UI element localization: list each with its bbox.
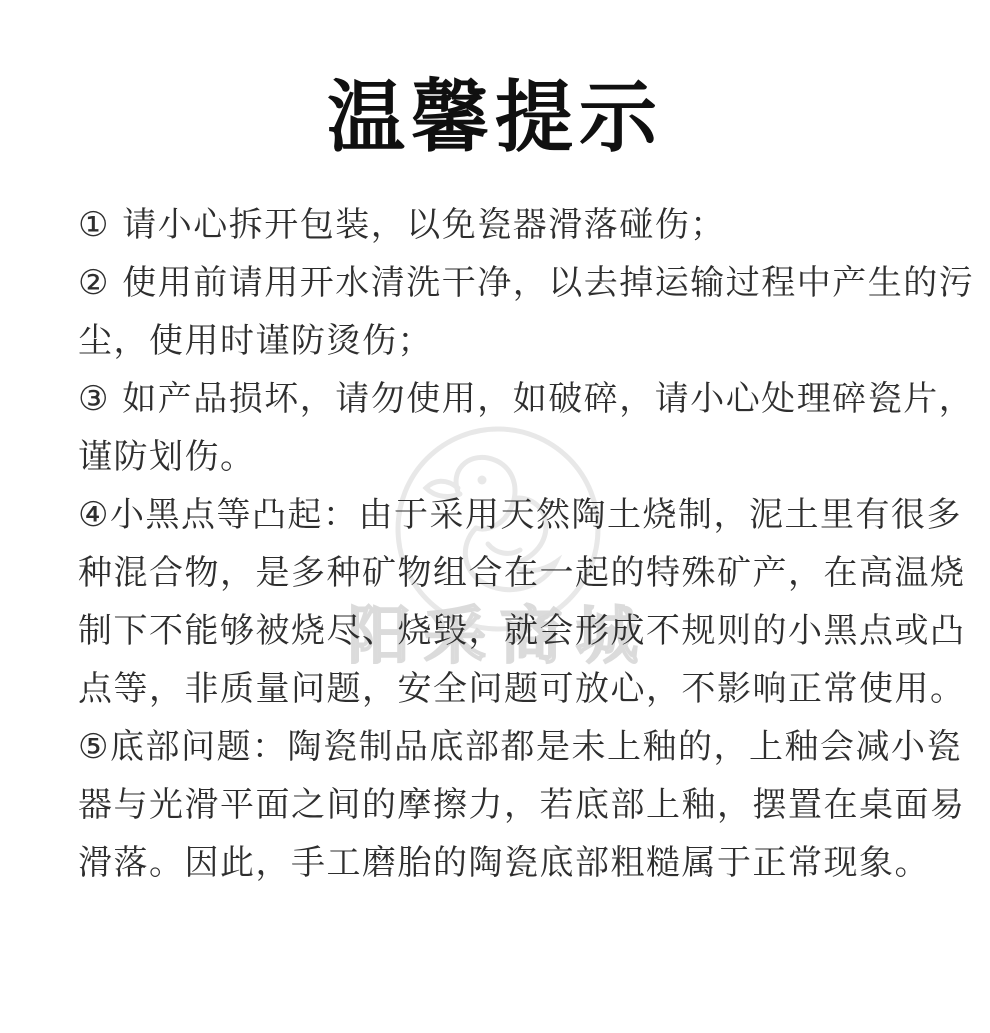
notice-line-1: ① 请小心拆开包装，以免瓷器滑落碰伤； (78, 196, 932, 254)
notice-page: 阳采商城 温馨提示 ① 请小心拆开包装，以免瓷器滑落碰伤； ② 使用前请用开水清… (0, 0, 990, 1033)
notice-line-11: 器与光滑平面之间的摩擦力，若底部上釉，摆置在桌面易 (78, 776, 932, 834)
notice-line-7: 种混合物，是多种矿物组合在一起的特殊矿产，在高温烧 (78, 544, 932, 602)
page-title: 温馨提示 (0, 72, 990, 166)
notice-line-10: ⑤底部问题：陶瓷制品底部都是未上釉的，上釉会减小瓷 (78, 718, 932, 776)
notice-line-8: 制下不能够被烧尽、烧毁，就会形成不规则的小黑点或凸 (78, 602, 932, 660)
notice-body: ① 请小心拆开包装，以免瓷器滑落碰伤； ② 使用前请用开水清洗干净，以去掉运输过… (78, 196, 932, 892)
notice-line-5: 谨防划伤。 (78, 428, 932, 486)
notice-line-3: 尘，使用时谨防烫伤； (78, 312, 932, 370)
notice-line-6: ④小黑点等凸起：由于采用天然陶土烧制，泥土里有很多 (78, 486, 932, 544)
notice-line-9: 点等，非质量问题，安全问题可放心，不影响正常使用。 (78, 660, 932, 718)
notice-line-12: 滑落。因此，手工磨胎的陶瓷底部粗糙属于正常现象。 (78, 834, 932, 892)
notice-line-4: ③ 如产品损坏，请勿使用，如破碎，请小心处理碎瓷片， (78, 370, 932, 428)
notice-line-2: ② 使用前请用开水清洗干净，以去掉运输过程中产生的污 (78, 254, 932, 312)
